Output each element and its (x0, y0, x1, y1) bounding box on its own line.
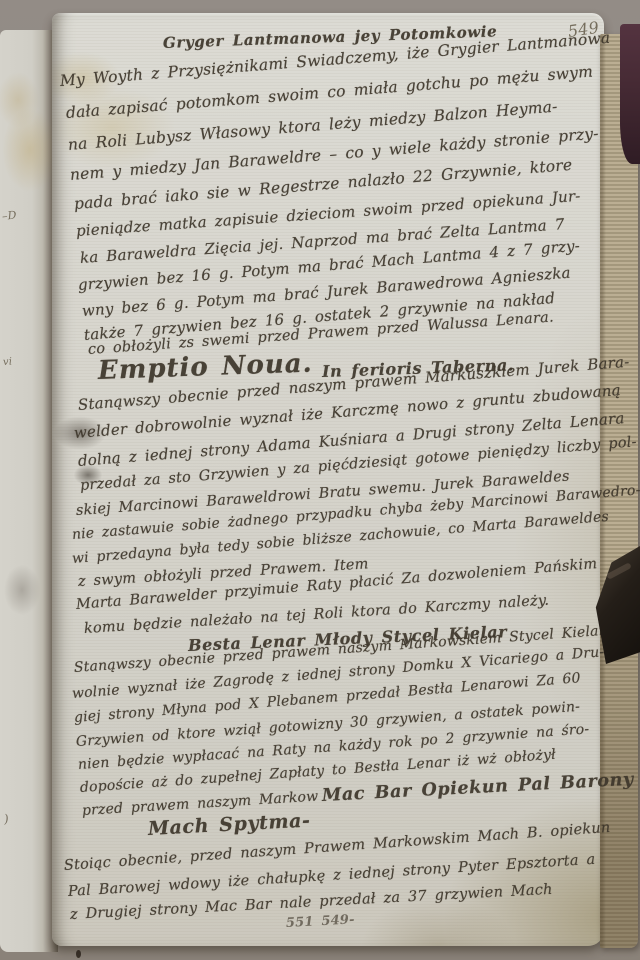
facing-page-mark: –D (1, 208, 17, 222)
facing-page-mark: ) (3, 812, 9, 826)
footer-page-number: 551 549- (286, 912, 355, 931)
section-heading: Mach Spytma- (147, 810, 311, 840)
facing-page-mark: vi (3, 356, 13, 368)
handwriting-layer: 549Gryger Lantmanowa jey PotomkowieMy Wo… (0, 0, 640, 960)
photo-scene: 549Gryger Lantmanowa jey PotomkowieMy Wo… (0, 0, 640, 960)
